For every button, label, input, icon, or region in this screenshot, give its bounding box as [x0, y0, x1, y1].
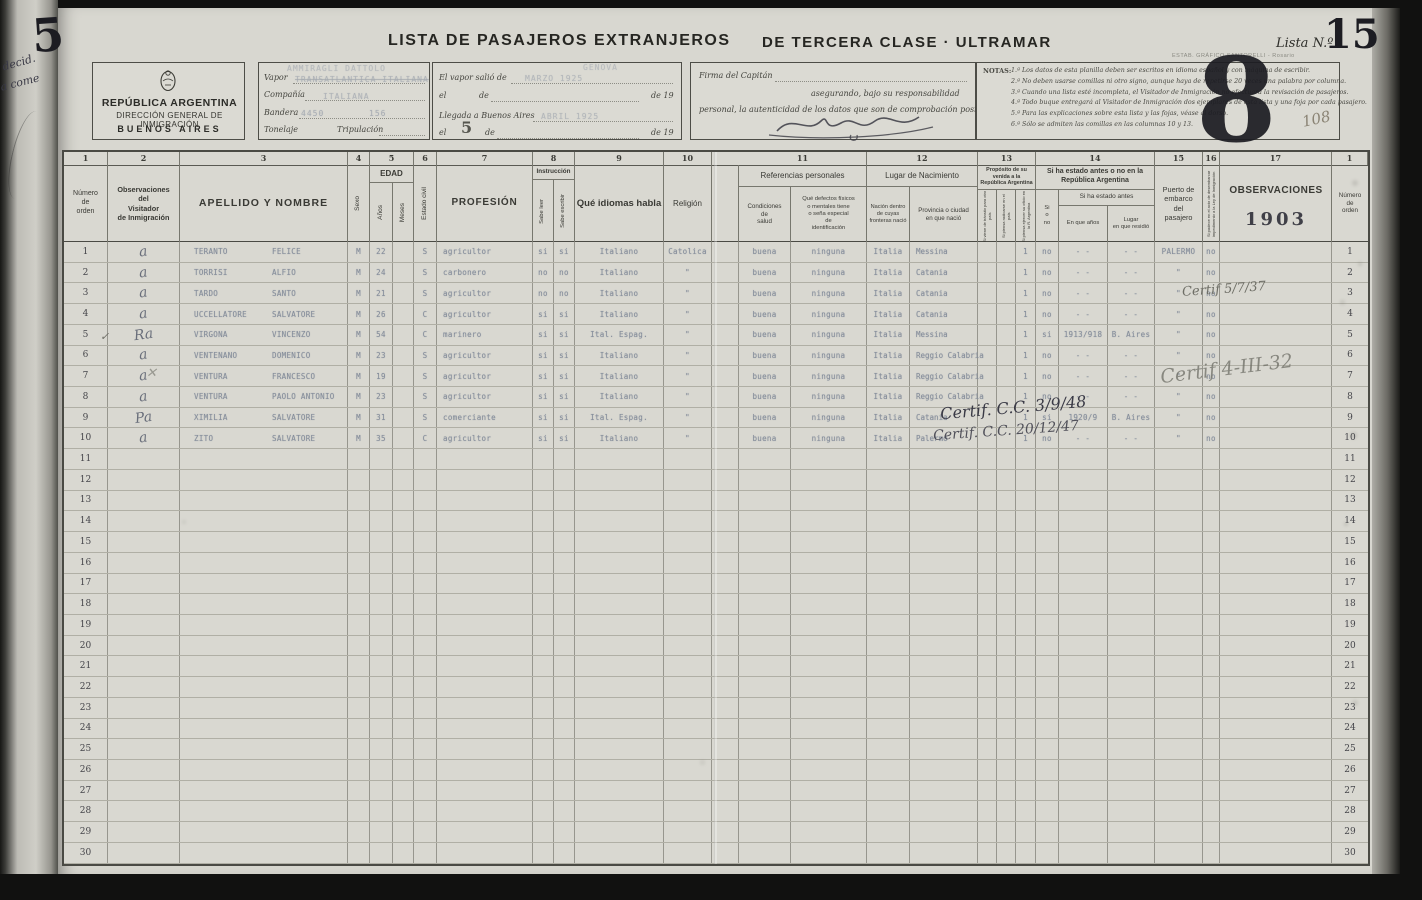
- col-header-condiciones-salud: Condiciones de salud: [739, 187, 791, 242]
- civil-value: S: [423, 247, 428, 256]
- reads-value: si: [538, 434, 548, 443]
- cell-c6-r12: [393, 470, 414, 490]
- religion-value: Catolica: [668, 247, 707, 256]
- cell-c1-r18: 18: [64, 594, 108, 614]
- religion-value: ": [685, 310, 690, 319]
- cell-c14-r9: buena: [739, 408, 791, 428]
- cell-c27-r23: 23: [1332, 698, 1368, 718]
- cell-c14-r7: buena: [739, 366, 791, 386]
- health-value: buena: [752, 392, 776, 401]
- cell-c12-r17: [664, 574, 712, 594]
- cell-c19-r2: [997, 263, 1016, 283]
- cell-c6-r14: [393, 511, 414, 531]
- cell-c10-r4: si: [554, 304, 575, 324]
- writes-value: si: [559, 413, 569, 422]
- captain-box: Firma del Capitán asegurando, bajo su re…: [690, 62, 976, 140]
- nation-value: Italia: [874, 289, 903, 298]
- cell-c27-r6: 6: [1332, 346, 1368, 366]
- cell-c10-r2: no: [554, 263, 575, 283]
- cell-c12-r22: [664, 677, 712, 697]
- bandera-typed-1: 4450: [301, 109, 324, 118]
- cell-c15-r12: [791, 470, 867, 490]
- nota-item: 4.ª Todo buque entregará al Visitador de…: [1011, 98, 1367, 109]
- languages-value: Italiano: [600, 392, 639, 401]
- cell-c6-r1: [393, 242, 414, 262]
- col-header-edad: EDAD: [370, 165, 414, 183]
- cell-c20-r16: [1016, 553, 1036, 573]
- cell-c6-r19: [393, 615, 414, 635]
- cell-c24-r10: ": [1155, 428, 1203, 448]
- paper-spot: [1350, 432, 1357, 439]
- cell-c5-r2: 24: [370, 263, 393, 283]
- cell-c19-r24: [997, 719, 1016, 739]
- given-name: SALVATORE: [272, 310, 315, 319]
- cell-c14-r3: buena: [739, 283, 791, 303]
- purpose-value: 1: [1023, 372, 1028, 381]
- cell-c10-r26: [554, 760, 575, 780]
- cell-c11-r30: [575, 843, 664, 863]
- cell-c27-r16: 16: [1332, 553, 1368, 573]
- compania-typed: ITALIANA: [323, 92, 370, 101]
- given-name: FRANCESCO: [272, 372, 315, 381]
- cell-c3-r6: VENTENANODOMENICO: [180, 346, 348, 366]
- civil-value: S: [423, 372, 428, 381]
- cell-c21-r20: [1036, 636, 1059, 656]
- col-header-proposito-1: Si viene de tránsito para otro país: [978, 190, 997, 242]
- cell-c17-r3: Catania: [910, 283, 978, 303]
- port-value: ": [1176, 413, 1181, 422]
- cell-c17-r2: Catania: [910, 263, 978, 283]
- cell-c2-r4: a: [108, 304, 180, 324]
- years-value: 1913/918: [1064, 330, 1103, 339]
- cell-c20-r25: [1016, 739, 1036, 759]
- cell-c1-r3: 3: [64, 283, 108, 303]
- cell-c17-r19: [910, 615, 978, 635]
- fecha-line-2: [497, 129, 639, 139]
- column-number: 10: [664, 152, 712, 165]
- cell-c24-r5: ": [1155, 325, 1203, 345]
- cell-c26-r14: [1220, 511, 1332, 531]
- years-value: - -: [1076, 247, 1090, 256]
- cell-c9-r16: [533, 553, 554, 573]
- writes-value: si: [559, 330, 569, 339]
- cell-c8-r27: [437, 781, 533, 801]
- cell-c8-r13: [437, 491, 533, 511]
- cell-c26-r16: [1220, 553, 1332, 573]
- visitor-mark: a: [138, 264, 149, 281]
- civil-value: S: [423, 351, 428, 360]
- cell-c1-r25: 25: [64, 739, 108, 759]
- col-header-si-o-no: Si o no: [1036, 190, 1059, 242]
- cell-c19-r7: [997, 366, 1016, 386]
- cell-c21-r16: [1036, 553, 1059, 573]
- cell-c15-r7: ninguna: [791, 366, 867, 386]
- cell-c20-r26: [1016, 760, 1036, 780]
- religion-value: ": [685, 289, 690, 298]
- cell-c7-r13: [414, 491, 437, 511]
- reads-value: si: [538, 351, 548, 360]
- given-name: ALFIO: [272, 268, 296, 277]
- compania-label: Compañía: [264, 90, 305, 99]
- cell-c20-r11: [1016, 449, 1036, 469]
- cell-c26-r13: [1220, 491, 1332, 511]
- health-value: buena: [752, 434, 776, 443]
- cell-c25-r10: no: [1203, 428, 1220, 448]
- sex-value: M: [356, 330, 361, 339]
- cell-c2-r11: [108, 449, 180, 469]
- cell-c5-r17: [370, 574, 393, 594]
- cell-c14-r18: [739, 594, 791, 614]
- cell-c16-r23: [867, 698, 910, 718]
- cell-c6-r16: [393, 553, 414, 573]
- age-value: 24: [376, 268, 386, 277]
- religion-value: ": [685, 413, 690, 422]
- profession-value: carbonero: [443, 268, 486, 277]
- cell-c17-r27: [910, 781, 978, 801]
- cell-c16-r5: Italia: [867, 325, 910, 345]
- cell-c23-r13: [1108, 491, 1155, 511]
- cell-c17-r15: [910, 532, 978, 552]
- cell-c18-r21: [978, 656, 997, 676]
- cell-c5-r19: [370, 615, 393, 635]
- cell-c23-r7: - -: [1108, 366, 1155, 386]
- cell-c6-r21: [393, 656, 414, 676]
- cell-c23-r5: B. Aires: [1108, 325, 1155, 345]
- cell-c2-r20: [108, 636, 180, 656]
- form-title-left: LISTA DE PASAJEROS EXTRANJEROS: [388, 32, 731, 50]
- cell-c26-r9: [1220, 408, 1332, 428]
- civil-value: S: [423, 268, 428, 277]
- sex-value: M: [356, 372, 361, 381]
- cell-c8-r10: agricultor: [437, 428, 533, 448]
- cell-c24-r17: [1155, 574, 1203, 594]
- cell-c19-r3: [997, 283, 1016, 303]
- cell-c6-r10: [393, 428, 414, 448]
- cell-c2-r19: [108, 615, 180, 635]
- sex-value: M: [356, 247, 361, 256]
- cell-c22-r5: 1913/918: [1059, 325, 1108, 345]
- cell-c6-r17: [393, 574, 414, 594]
- cell-c3-r4: UCCELLATORESALVATORE: [180, 304, 348, 324]
- cell-c26-r15: [1220, 532, 1332, 552]
- cell-c5-r7: 19: [370, 366, 393, 386]
- cell-c19-r18: [997, 594, 1016, 614]
- cell-c18-r2: [978, 263, 997, 283]
- religion-value: ": [685, 372, 690, 381]
- cell-c2-r5: Ra: [108, 325, 180, 345]
- column-number: 11: [739, 152, 867, 165]
- years-value: - -: [1076, 434, 1090, 443]
- cell-c6-r30: [393, 843, 414, 863]
- cell-c3-r1: TERANTOFELICE: [180, 242, 348, 262]
- cell-c27-r14: 14: [1332, 511, 1368, 531]
- languages-value: Italiano: [600, 247, 639, 256]
- place-value: - -: [1124, 268, 1138, 277]
- cell-c17-r21: [910, 656, 978, 676]
- col-header-si-ha-estado: Si ha estado antes: [1059, 190, 1155, 206]
- cell-c1-r7: 7: [64, 366, 108, 386]
- cell-c12-r30: [664, 843, 712, 863]
- health-value: buena: [752, 330, 776, 339]
- cell-c5-r15: [370, 532, 393, 552]
- purpose-value: 1: [1023, 247, 1028, 256]
- cell-c22-r30: [1059, 843, 1108, 863]
- cell-c3-r23: [180, 698, 348, 718]
- cell-c26-r1: [1220, 242, 1332, 262]
- column-number: 4: [348, 152, 370, 165]
- purpose-value: 1: [1023, 330, 1028, 339]
- cell-c24-r28: [1155, 801, 1203, 821]
- cell-c7-r9: S: [414, 408, 437, 428]
- cell-c7-r3: S: [414, 283, 437, 303]
- cell-c11-r3: Italiano: [575, 283, 664, 303]
- tripulacion-line: [379, 126, 425, 136]
- cell-c16-r11: [867, 449, 910, 469]
- column-number: 17: [1220, 152, 1332, 165]
- cell-c17-r6: Reggio Calabria: [910, 346, 978, 366]
- impediment-value: no: [1206, 413, 1216, 422]
- paper-spot: [1352, 700, 1358, 706]
- salida-label: El vapor salió de: [439, 73, 507, 82]
- cell-c27-r15: 15: [1332, 532, 1368, 552]
- cell-c1-r22: 22: [64, 677, 108, 697]
- cell-c17-r26: [910, 760, 978, 780]
- cell-c27-r4: 4: [1332, 304, 1368, 324]
- cell-c14-r26: [739, 760, 791, 780]
- col-header-meses: Meses: [393, 183, 414, 242]
- vapor-typed: TRANSATLANTICA ITALIANA: [295, 75, 429, 84]
- cell-c1-r2: 2: [64, 263, 108, 283]
- languages-value: Ital. Espag.: [590, 413, 648, 422]
- passenger-table: 12345678910111213141516171 Número de ord…: [62, 150, 1370, 866]
- cell-c12-r8: ": [664, 387, 712, 407]
- cell-c19-r25: [997, 739, 1016, 759]
- column-number: 2: [108, 152, 180, 165]
- cell-c4-r23: [348, 698, 370, 718]
- cell-c12-r27: [664, 781, 712, 801]
- cell-c11-r16: [575, 553, 664, 573]
- cell-c24-r9: ": [1155, 408, 1203, 428]
- cell-c3-r28: [180, 801, 348, 821]
- cell-c1-r27: 27: [64, 781, 108, 801]
- cell-c8-r6: agricultor: [437, 346, 533, 366]
- cell-c21-r23: [1036, 698, 1059, 718]
- cell-c24-r30: [1155, 843, 1203, 863]
- cell-c15-r8: ninguna: [791, 387, 867, 407]
- cell-c20-r27: [1016, 781, 1036, 801]
- cell-c25-r20: [1203, 636, 1220, 656]
- cell-c26-r11: [1220, 449, 1332, 469]
- cell-c5-r13: [370, 491, 393, 511]
- margin-handwriting: a come: [0, 71, 41, 93]
- cell-c4-r6: M: [348, 346, 370, 366]
- nota-item: 1.ª Los datos de esta planilla deben ser…: [1011, 66, 1367, 77]
- been_before-value: no: [1042, 289, 1052, 298]
- cell-c9-r30: [533, 843, 554, 863]
- cell-c18-r24: [978, 719, 997, 739]
- reads-value: si: [538, 392, 548, 401]
- religion-value: ": [685, 268, 690, 277]
- cell-c12-r1: Catolica: [664, 242, 712, 262]
- reads-value: no: [538, 289, 548, 298]
- defects-value: ninguna: [812, 289, 846, 298]
- health-value: buena: [752, 289, 776, 298]
- cell-c17-r1: Messina: [910, 242, 978, 262]
- cell-c15-r9: ninguna: [791, 408, 867, 428]
- cell-c23-r25: [1108, 739, 1155, 759]
- cell-c7-r23: [414, 698, 437, 718]
- cell-c27-r24: 24: [1332, 719, 1368, 739]
- age-value: 21: [376, 289, 386, 298]
- cell-c10-r13: [554, 491, 575, 511]
- cell-c25-r24: [1203, 719, 1220, 739]
- cell-c10-r3: no: [554, 283, 575, 303]
- cell-c8-r3: agricultor: [437, 283, 533, 303]
- cell-c25-r26: [1203, 760, 1220, 780]
- cell-c5-r14: [370, 511, 393, 531]
- cell-c10-r7: si: [554, 366, 575, 386]
- purpose-value: 1: [1023, 289, 1028, 298]
- cell-c17-r30: [910, 843, 978, 863]
- cell-c21-r6: no: [1036, 346, 1059, 366]
- cell-c16-r28: [867, 801, 910, 821]
- purpose-value: 1: [1023, 268, 1028, 277]
- cell-c27-r20: 20: [1332, 636, 1368, 656]
- cell-c10-r10: si: [554, 428, 575, 448]
- cell-c12-r29: [664, 822, 712, 842]
- province-value: Messina: [916, 330, 948, 339]
- cell-c11-r19: [575, 615, 664, 635]
- el-label-2: el: [439, 128, 446, 137]
- civil-value: S: [423, 289, 428, 298]
- cell-c24-r11: [1155, 449, 1203, 469]
- cell-c24-r8: ": [1155, 387, 1203, 407]
- cell-c16-r6: Italia: [867, 346, 910, 366]
- cell-c20-r12: [1016, 470, 1036, 490]
- cell-c18-r13: [978, 491, 997, 511]
- writes-value: si: [559, 434, 569, 443]
- cell-c16-r21: [867, 656, 910, 676]
- cell-c11-r11: [575, 449, 664, 469]
- cell-c20-r17: [1016, 574, 1036, 594]
- cell-c21-r26: [1036, 760, 1059, 780]
- cell-c14-r30: [739, 843, 791, 863]
- years-value: - -: [1076, 289, 1090, 298]
- notas-box: NOTAS: 1.ª Los datos de esta planilla de…: [976, 62, 1340, 140]
- cell-c4-r3: M: [348, 283, 370, 303]
- cell-c26-r22: [1220, 677, 1332, 697]
- cell-c14-r17: [739, 574, 791, 594]
- column-number: 16: [1203, 152, 1220, 165]
- cell-c3-r5: VIRGONAVINCENZO: [180, 325, 348, 345]
- cell-c22-r15: [1059, 532, 1108, 552]
- cell-c20-r23: [1016, 698, 1036, 718]
- cell-c21-r24: [1036, 719, 1059, 739]
- surname: VENTURA: [194, 392, 228, 401]
- cell-c19-r23: [997, 698, 1016, 718]
- cell-c19-r17: [997, 574, 1016, 594]
- col-header-apellido-nombre: APELLIDO Y NOMBRE: [180, 165, 348, 242]
- cell-c4-r19: [348, 615, 370, 635]
- health-value: buena: [752, 351, 776, 360]
- nota-item: 2.ª No deben usarse comillas ni otro sig…: [1011, 77, 1367, 88]
- cell-c16-r4: Italia: [867, 304, 910, 324]
- cell-c16-r16: [867, 553, 910, 573]
- cell-c9-r27: [533, 781, 554, 801]
- cell-c16-r26: [867, 760, 910, 780]
- writes-value: no: [559, 289, 569, 298]
- cell-c24-r15: [1155, 532, 1203, 552]
- cell-c8-r1: agricultor: [437, 242, 533, 262]
- cell-c6-r4: [393, 304, 414, 324]
- cell-c9-r5: si: [533, 325, 554, 345]
- age-value: 31: [376, 413, 386, 422]
- cell-c11-r27: [575, 781, 664, 801]
- profession-value: agricultor: [443, 372, 491, 381]
- place-value: - -: [1124, 310, 1138, 319]
- health-value: buena: [752, 413, 776, 422]
- cell-c2-r13: [108, 491, 180, 511]
- cell-c7-r18: [414, 594, 437, 614]
- cell-c7-r7: S: [414, 366, 437, 386]
- cell-c14-r22: [739, 677, 791, 697]
- cell-c17-r5: Messina: [910, 325, 978, 345]
- cell-c1-r21: 21: [64, 656, 108, 676]
- lista-number-stamp: 15: [1324, 18, 1380, 52]
- cell-c1-r8: 8: [64, 387, 108, 407]
- cell-c8-r5: marinero: [437, 325, 533, 345]
- cell-c22-r2: - -: [1059, 263, 1108, 283]
- cell-c7-r1: S: [414, 242, 437, 262]
- cell-c16-r13: [867, 491, 910, 511]
- age-value: 19: [376, 372, 386, 381]
- cell-c10-r12: [554, 470, 575, 490]
- given-name: DOMENICO: [272, 351, 311, 360]
- cell-c26-r25: [1220, 739, 1332, 759]
- cell-c5-r18: [370, 594, 393, 614]
- cell-c19-r26: [997, 760, 1016, 780]
- cell-c19-r1: [997, 242, 1016, 262]
- cell-c15-r2: ninguna: [791, 263, 867, 283]
- cell-c14-r2: buena: [739, 263, 791, 283]
- cell-c17-r4: Catania: [910, 304, 978, 324]
- cell-c6-r23: [393, 698, 414, 718]
- cell-c2-r10: a: [108, 428, 180, 448]
- cell-c18-r19: [978, 615, 997, 635]
- cell-c17-r16: [910, 553, 978, 573]
- column-number: 7: [437, 152, 533, 165]
- civil-value: C: [423, 310, 428, 319]
- column-number: 3: [180, 152, 348, 165]
- cell-c6-r27: [393, 781, 414, 801]
- cell-c5-r5: 54: [370, 325, 393, 345]
- cell-c20-r30: [1016, 843, 1036, 863]
- de19-label-2: de 19: [651, 128, 674, 137]
- cell-c17-r20: [910, 636, 978, 656]
- cell-c12-r11: [664, 449, 712, 469]
- cell-c4-r24: [348, 719, 370, 739]
- cell-c24-r16: [1155, 553, 1203, 573]
- profession-value: agricultor: [443, 310, 491, 319]
- cell-c3-r13: [180, 491, 348, 511]
- cell-c19-r27: [997, 781, 1016, 801]
- visitor-mark: a: [138, 347, 149, 364]
- cell-c15-r1: ninguna: [791, 242, 867, 262]
- surname: TORRISI: [194, 268, 228, 277]
- languages-value: Italiano: [600, 351, 639, 360]
- cell-c7-r22: [414, 677, 437, 697]
- cell-c25-r22: [1203, 677, 1220, 697]
